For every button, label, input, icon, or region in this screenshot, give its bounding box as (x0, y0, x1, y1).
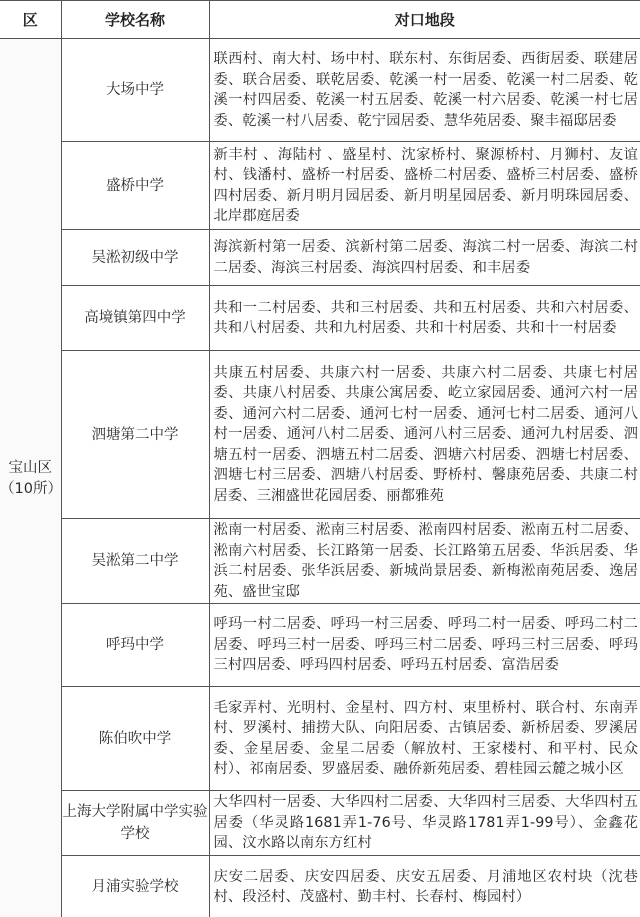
school-name: 高境镇第四中学 (61, 286, 209, 351)
district-name: 宝山区 (0, 458, 61, 479)
district-cell: 宝山区 （10所） (0, 39, 61, 917)
district-school-count: （10所） (0, 479, 61, 500)
table-row: 月浦实验学校 庆安二居委、庆安四居委、庆安五居委、月浦地区农村块（沈巷村、段泾村… (0, 855, 640, 917)
header-assigned-area: 对口地段 (209, 1, 640, 39)
table-row: 高境镇第四中学 共和一二村居委、共和三村居委、共和五村居委、共和六村居委、共和八… (0, 286, 640, 351)
school-name: 盛桥中学 (61, 142, 209, 230)
table-row: 吴淞初级中学 海滨新村第一居委、滨新村第二居委、海滨二村一居委、海滨二村二居委、… (0, 230, 640, 286)
table-row: 上海大学附属中学实验学校 大华四村一居委、大华四村二居委、大华四村三居委、大华四… (0, 791, 640, 856)
assigned-area: 呼玛一村二居委、呼玛一村三居委、呼玛二村一居委、呼玛二村二居委、呼玛三村一居委、… (209, 604, 640, 687)
school-name: 大场中学 (61, 39, 209, 142)
assigned-area: 共康五村居委、共康六村一居委、共康六村二居委、共康七村居委、共康八村居委、共康公… (209, 351, 640, 519)
table-row: 盛桥中学 新丰村 、海陆村 、盛星村、沈家桥村、聚源桥村、月狮村、友谊村、钱潘村… (0, 142, 640, 230)
assigned-area: 庆安二居委、庆安四居委、庆安五居委、月浦地区农村块（沈巷村、段泾村、茂盛村、勤丰… (209, 855, 640, 917)
assigned-area: 大华四村一居委、大华四村二居委、大华四村三居委、大华四村五居委（华灵路1681弄… (209, 791, 640, 856)
table-row: 呼玛中学 呼玛一村二居委、呼玛一村三居委、呼玛二村一居委、呼玛二村二居委、呼玛三… (0, 604, 640, 687)
table-row: 宝山区 （10所） 大场中学 联西村、南大村、场中村、联东村、东街居委、西街居委… (0, 39, 640, 142)
school-name: 吴淞初级中学 (61, 230, 209, 286)
school-name: 上海大学附属中学实验学校 (61, 791, 209, 856)
assigned-area: 新丰村 、海陆村 、盛星村、沈家桥村、聚源桥村、月狮村、友谊村、钱潘村、盛桥一村… (209, 142, 640, 230)
school-name: 吴淞第二中学 (61, 519, 209, 604)
assigned-area: 淞南一村居委、淞南三村居委、淞南四村居委、淞南五村二居委、淞南六村居委、长江路第… (209, 519, 640, 604)
table-row: 陈伯吹中学 毛家弄村、光明村、金星村、四方村、束里桥村、联合村、东南弄村、罗溪村… (0, 687, 640, 791)
school-name: 陈伯吹中学 (61, 687, 209, 791)
school-name: 呼玛中学 (61, 604, 209, 687)
assigned-area: 联西村、南大村、场中村、联东村、东街居委、西街居委、联建居委、联合居委、联乾居委… (209, 39, 640, 142)
school-name: 月浦实验学校 (61, 855, 209, 917)
school-name: 泗塘第二中学 (61, 351, 209, 519)
table-row: 吴淞第二中学 淞南一村居委、淞南三村居委、淞南四村居委、淞南五村二居委、淞南六村… (0, 519, 640, 604)
school-district-table: 区 学校名称 对口地段 宝山区 （10所） 大场中学 联西村、南大村、场中村、联… (0, 0, 640, 917)
header-school-name: 学校名称 (61, 1, 209, 39)
table-row: 泗塘第二中学 共康五村居委、共康六村一居委、共康六村二居委、共康七村居委、共康八… (0, 351, 640, 519)
header-row: 区 学校名称 对口地段 (0, 1, 640, 39)
assigned-area: 海滨新村第一居委、滨新村第二居委、海滨二村一居委、海滨二村二居委、海滨三村居委、… (209, 230, 640, 286)
header-district: 区 (0, 1, 61, 39)
assigned-area: 共和一二村居委、共和三村居委、共和五村居委、共和六村居委、共和八村居委、共和九村… (209, 286, 640, 351)
assigned-area: 毛家弄村、光明村、金星村、四方村、束里桥村、联合村、东南弄村、罗溪村、捕捞大队、… (209, 687, 640, 791)
